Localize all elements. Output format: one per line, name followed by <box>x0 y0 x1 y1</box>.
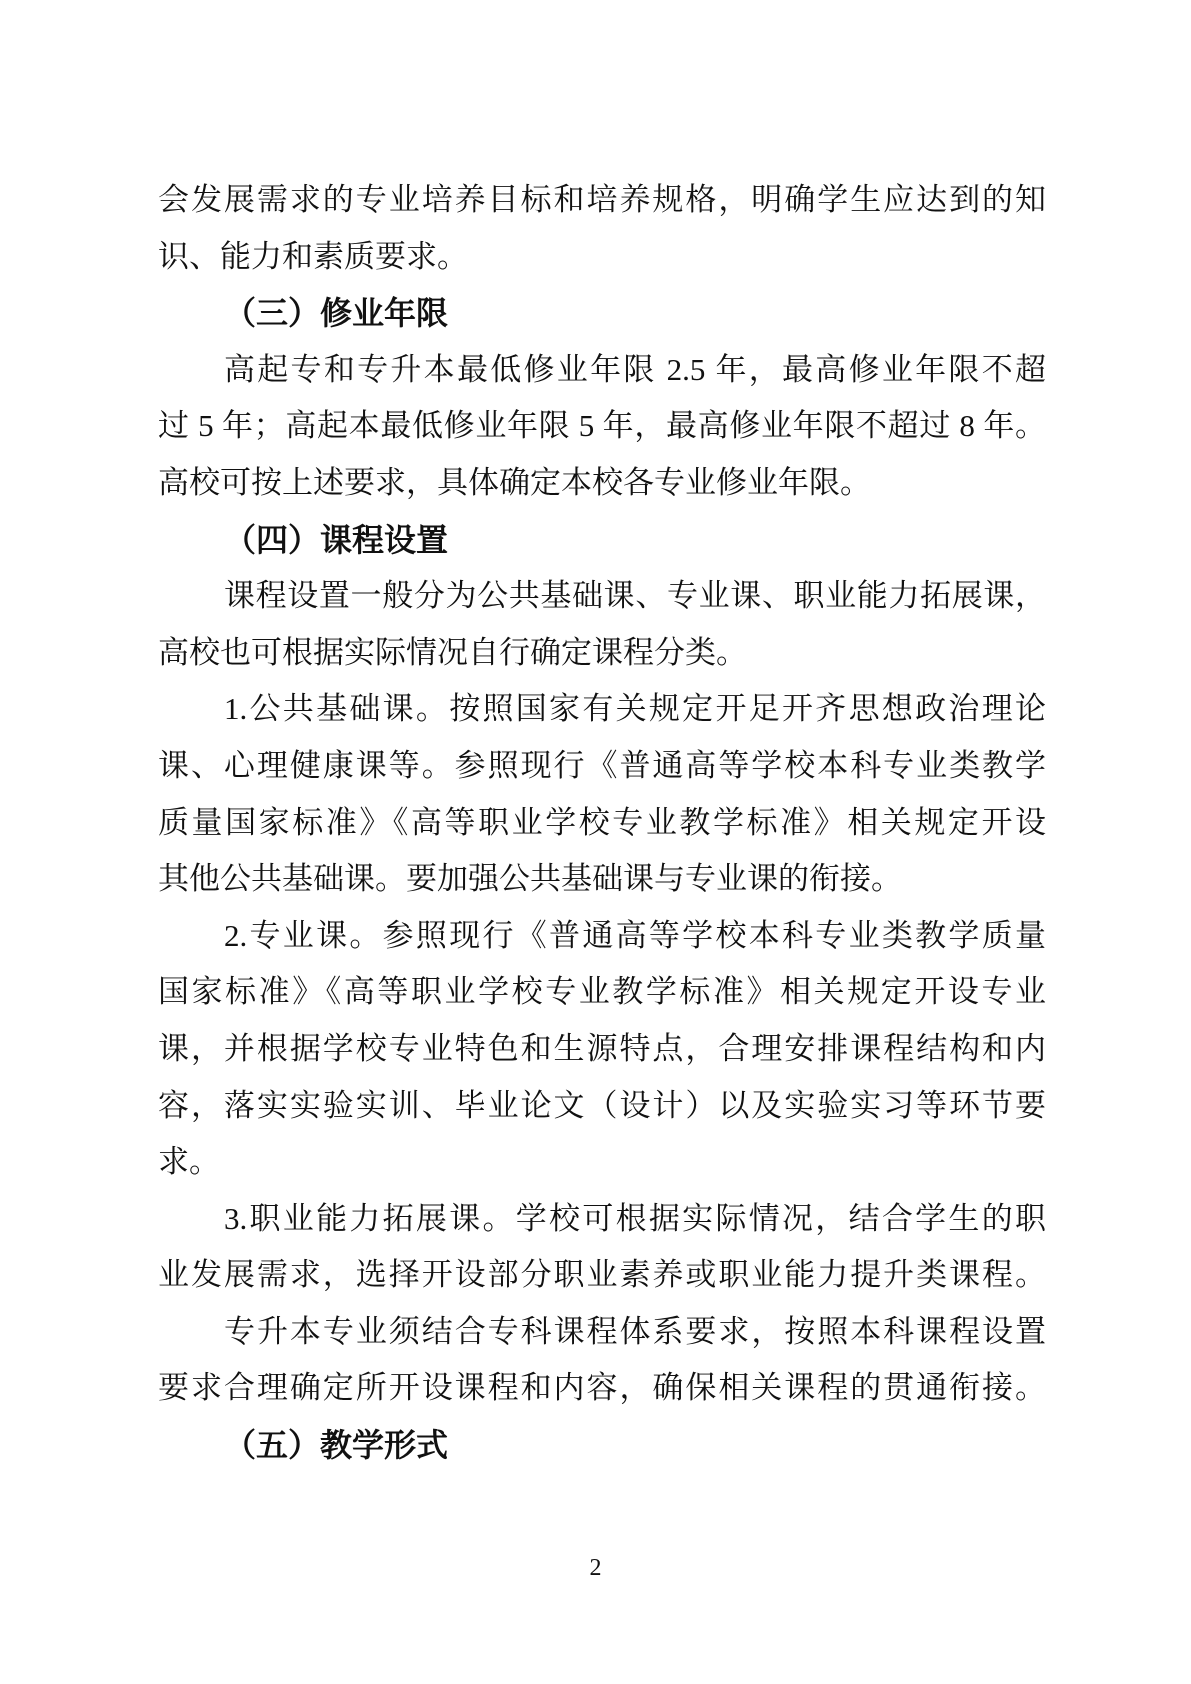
section-heading-3: （三）修业年限 <box>158 285 1046 342</box>
body-line: 课、心理健康课等。参照现行《普通高等学校本科专业类教学 <box>158 738 1046 795</box>
body-line: 求。 <box>158 1134 1046 1191</box>
section-heading-4: （四）课程设置 <box>158 512 1046 569</box>
body-line: 高校也可根据实际情况自行确定课程分类。 <box>158 625 1046 682</box>
body-line-item-3: 3.职业能力拓展课。学校可根据实际情况，结合学生的职 <box>158 1191 1046 1248</box>
body-line: 会发展需求的专业培养目标和培养规格，明确学生应达到的知 <box>158 172 1046 229</box>
body-line: 过 5 年；高起本最低修业年限 5 年，最高修业年限不超过 8 年。 <box>158 398 1046 455</box>
body-line: 其他公共基础课。要加强公共基础课与专业课的衔接。 <box>158 851 1046 908</box>
body-line: 专升本专业须结合专科课程体系要求，按照本科课程设置 <box>158 1304 1046 1361</box>
section-heading-5: （五）教学形式 <box>158 1417 1046 1474</box>
body-line: 高校可按上述要求，具体确定本校各专业修业年限。 <box>158 455 1046 512</box>
body-line-item-1: 1.公共基础课。按照国家有关规定开足开齐思想政治理论 <box>158 681 1046 738</box>
document-body: 会发展需求的专业培养目标和培养规格，明确学生应达到的知 识、能力和素质要求。 （… <box>158 172 1046 1474</box>
body-line: 国家标准》《高等职业学校专业教学标准》相关规定开设专业 <box>158 964 1046 1021</box>
body-line: 课，并根据学校专业特色和生源特点，合理安排课程结构和内 <box>158 1021 1046 1078</box>
body-line: 课程设置一般分为公共基础课、专业课、职业能力拓展课， <box>158 568 1046 625</box>
body-line: 业发展需求，选择开设部分职业素养或职业能力提升类课程。 <box>158 1247 1046 1304</box>
body-line: 质量国家标准》《高等职业学校专业教学标准》相关规定开设 <box>158 795 1046 852</box>
page-number: 2 <box>0 1553 1191 1583</box>
document-page: 会发展需求的专业培养目标和培养规格，明确学生应达到的知 识、能力和素质要求。 （… <box>0 0 1191 1684</box>
body-line: 识、能力和素质要求。 <box>158 229 1046 286</box>
body-line: 要求合理确定所开设课程和内容，确保相关课程的贯通衔接。 <box>158 1360 1046 1417</box>
body-line-item-2: 2.专业课。参照现行《普通高等学校本科专业类教学质量 <box>158 908 1046 965</box>
body-line: 容，落实实验实训、毕业论文（设计）以及实验实习等环节要 <box>158 1078 1046 1135</box>
body-line: 高起专和专升本最低修业年限 2.5 年，最高修业年限不超 <box>158 342 1046 399</box>
